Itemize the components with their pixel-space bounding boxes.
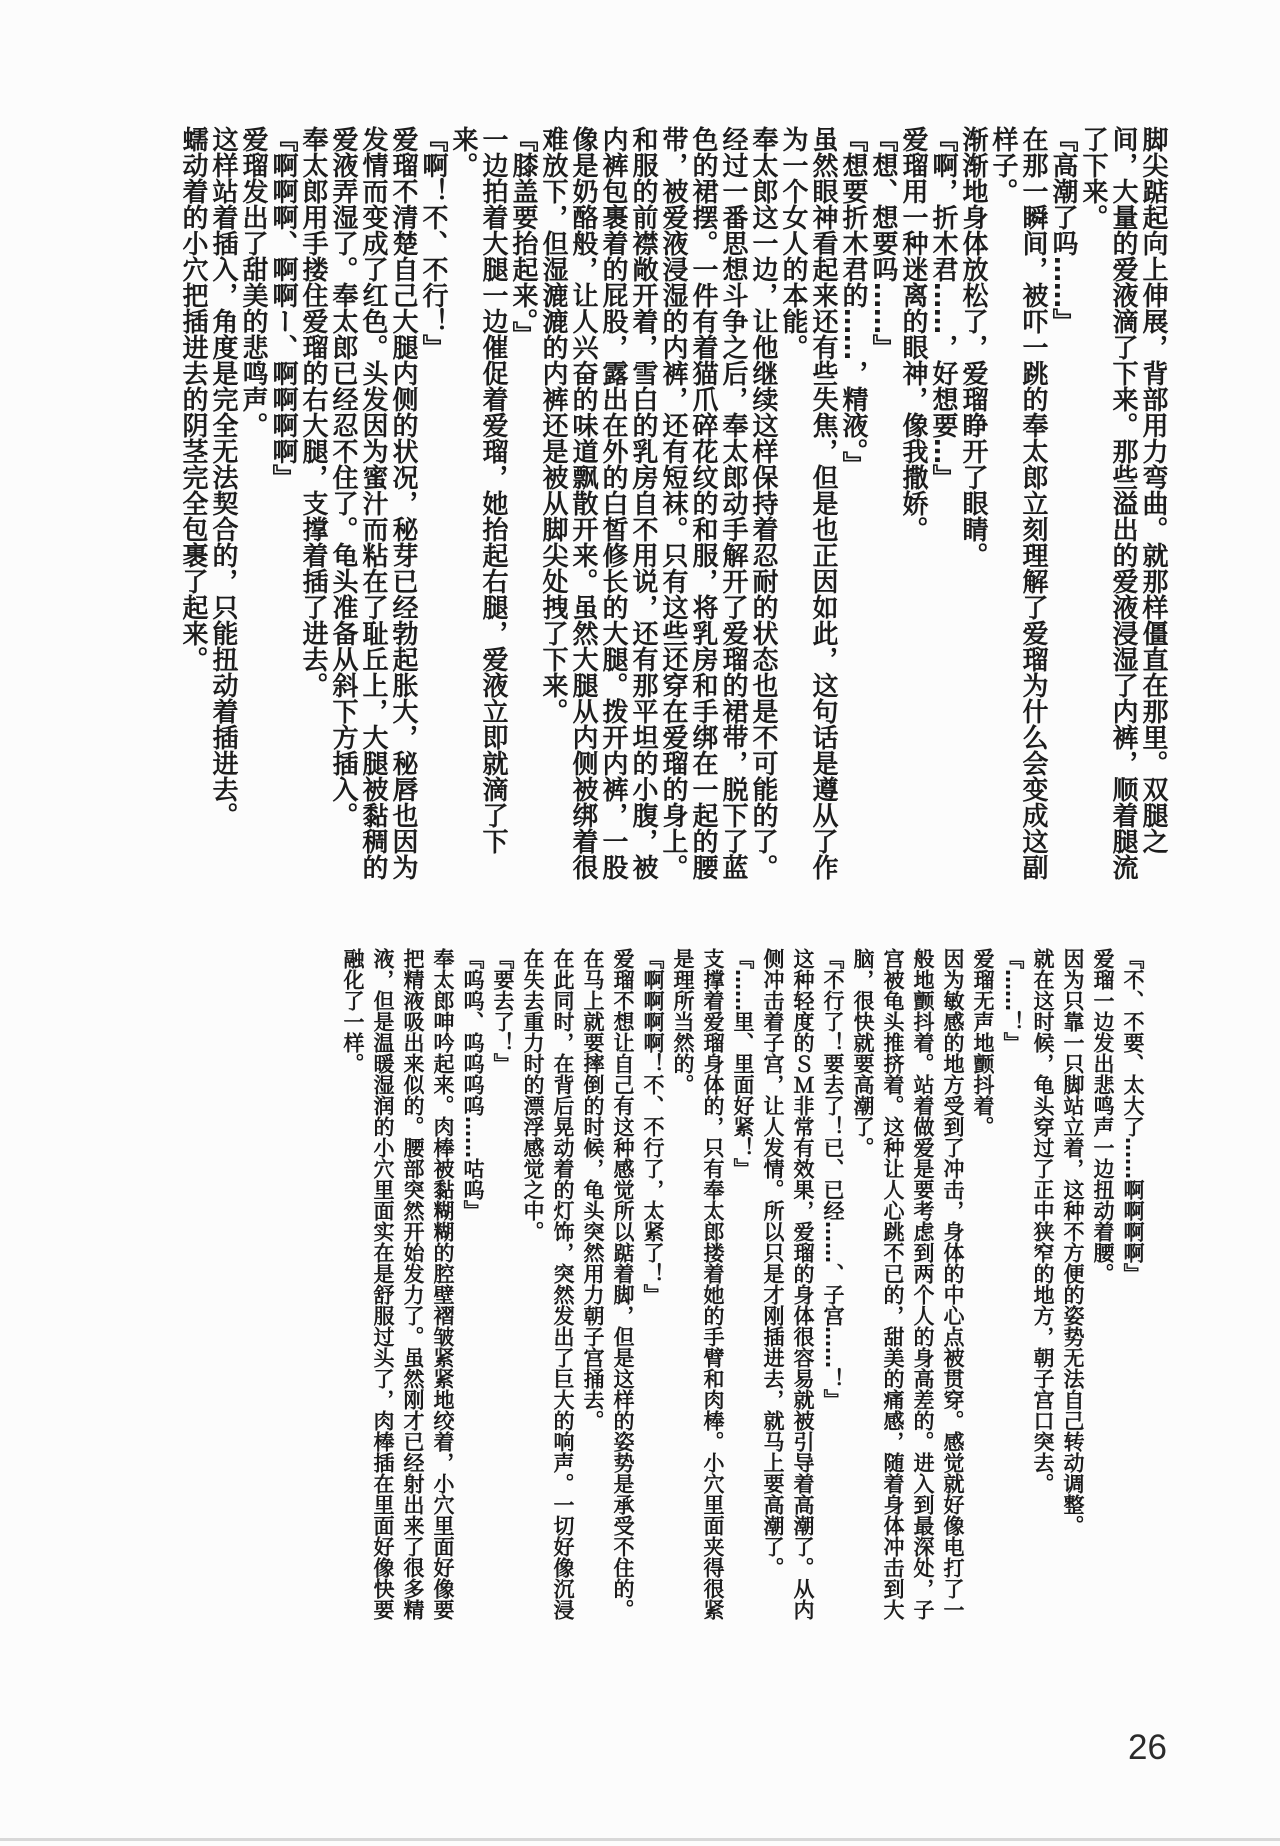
- dialogue-line: 『呜呜、呜呜呜呜……咕呜』: [458, 948, 488, 1620]
- narration-line: 爱瑠一边发出悲鸣声一边扭动着腰。: [1088, 948, 1118, 1620]
- narration-line: 爱瑠用一种迷离的眼神，像我撒娇。: [898, 126, 928, 900]
- narration-line: 这种轻度的ＳＭ非常有效果，爱瑠的身体很容易就被引导着高潮了。从内侧冲击着子宫，让…: [758, 948, 818, 1620]
- dialogue-line: 『……里、里面好紧！』: [728, 948, 758, 1620]
- dialogue-line: 『膝盖要抬起来。』: [508, 126, 538, 900]
- scan-edge-line: [0, 1838, 1280, 1841]
- dialogue-line: 『不行了！要去了！已、已经……、子宫……！』: [818, 948, 848, 1620]
- novel-page: 脚尖踮起向上伸展，背部用力弯曲。就那样僵直在那里。双腿之间，大量的爱液滴了下来。…: [0, 0, 1280, 1846]
- narration-line: 因为敏感的地方受到了冲击，身体的中心点被贯穿。感觉就好像电打了一般地颤抖着。站着…: [848, 948, 968, 1620]
- narration-line: 奉太郎这一边，让他继续这样保持着忍耐的状态也是不可能的了。经过一番思想斗争之后，…: [538, 126, 778, 900]
- narration-line: 爱瑠发出了甜美的悲鸣声。: [238, 126, 268, 900]
- dialogue-line: 『啊啊啊啊！不、不行了，太紧了！』: [638, 948, 668, 1620]
- bottom-text-block: 『不、不要、太大了……啊啊啊啊』 爱瑠一边发出悲鸣声一边扭动着腰。 因为只靠一只…: [338, 948, 1148, 1620]
- dialogue-line: 『啊！不、不行！』: [418, 126, 448, 900]
- narration-line: 这样站着插入，角度是完全无法契合的，只能扭动着插进去。: [208, 126, 238, 900]
- narration-line: 渐渐地身体放松了，爱瑠睁开了眼睛。: [958, 126, 988, 900]
- dialogue-line: 『要去了！』: [488, 948, 518, 1620]
- dialogue-line: 『不、不要、太大了……啊啊啊啊』: [1118, 948, 1148, 1620]
- narration-line: 就在这时候，龟头穿过了正中狭窄的地方，朝子宫口突去。: [1028, 948, 1058, 1620]
- top-text-block: 脚尖踮起向上伸展，背部用力弯曲。就那样僵直在那里。双腿之间，大量的爱液滴了下来。…: [178, 126, 1168, 900]
- page-number: 26: [1128, 1728, 1167, 1768]
- narration-line: 因为只靠一只脚站立着，这种不方便的姿势无法自己转动调整。: [1058, 948, 1088, 1620]
- dialogue-line: 『想、想要吗……』: [868, 126, 898, 900]
- dialogue-line: 『啊啊啊、啊啊ー、啊啊啊啊』: [268, 126, 298, 900]
- dialogue-line: 『高潮了吗……』: [1048, 126, 1078, 900]
- dialogue-line: 『想要折木君的……，精液。』: [838, 126, 868, 900]
- narration-line: 爱瑠不想让自己有这种感觉所以踮着脚，但是这样的姿势是承受不住的。在马上就要摔倒的…: [578, 948, 638, 1620]
- dialogue-line: 『……！』: [998, 948, 1028, 1620]
- narration-line: 在那一瞬间，被吓一跳的奉太郎立刻理解了爱瑠为什么会变成这副样子。: [988, 126, 1048, 900]
- narration-line: 奉太郎用手搂住爱瑠的右大腿，支撑着插了进去。: [298, 126, 328, 900]
- dialogue-line: 『啊，折木君……，好想要…』: [928, 126, 958, 900]
- narration-line: 爱瑠不清楚自己大腿内侧的状况，秘芽已经勃起胀大，秘唇也因为发情而变成了红色。头发…: [328, 126, 418, 900]
- narration-line: 奉太郎呻吟起来。肉棒被黏糊糊的腔壁褶皱紧紧地绞着，小穴里面好像要把精液吸出来似的…: [338, 948, 458, 1620]
- narration-line: 爱瑠无声地颤抖着。: [968, 948, 998, 1620]
- narration-line: 一边拍着大腿一边催促着爱瑠，她抬起右腿，爱液立即就滴了下来。: [448, 126, 508, 900]
- narration-line: 蠕动着的小穴把插进去的阴茎完全包裹了起来。: [178, 126, 208, 900]
- narration-line: 脚尖踮起向上伸展，背部用力弯曲。就那样僵直在那里。双腿之间，大量的爱液滴了下来。…: [1078, 126, 1168, 900]
- narration-line: 支撑着爱瑠身体的，只有奉太郎搂着她的手臂和肉棒。小穴里面夹得很紧是理所当然的。: [668, 948, 728, 1620]
- narration-line: 虽然眼神看起来还有些失焦，但是也正因如此，这句话是遵从了作为一个女人的本能。: [778, 126, 838, 900]
- narration-line: 在此同时，在背后晃动着的灯饰，突然发出了巨大的响声。一切好像沉浸在失去重力时的漂…: [518, 948, 578, 1620]
